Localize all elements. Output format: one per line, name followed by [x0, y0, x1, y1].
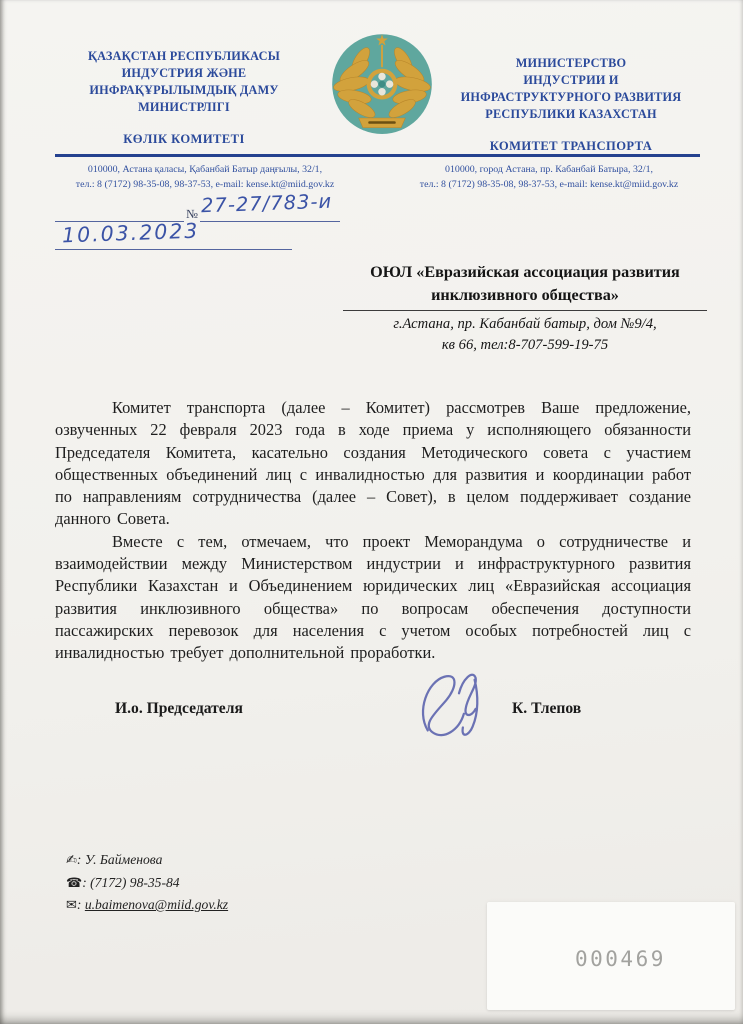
email-line: ✉: u.baimenova@miid.gov.kz [66, 894, 228, 917]
ministry-name-kk-line2: ИНДУСТРИЯ ЖӘНЕ [48, 65, 320, 82]
ministry-name-kk-line4: МИНИСТРЛІГІ [48, 99, 320, 116]
date-handwritten: 10.03.2023 [62, 219, 200, 248]
body-paragraph-1: Комитет транспорта (далее – Комитет) рас… [55, 397, 691, 531]
address-kk-line1: 010000, Астана қаласы, Қабанбай Батыр да… [38, 163, 372, 178]
executor-line: ✍: У. Байменова [66, 849, 228, 872]
committee-name-ru: КОМИТЕТ ТРАНСПОРТА [432, 138, 710, 155]
date-underline [55, 249, 292, 250]
letter-page: ҚАЗАҚСТАН РЕСПУБЛИКАСЫ ИНДУСТРИЯ ЖӘНЕ ИН… [0, 0, 743, 1024]
body-paragraph-2: Вместе с тем, отмечаем, что проект Мемор… [55, 531, 691, 665]
number-underline [200, 221, 340, 222]
envelope-icon: ✉ [66, 898, 77, 913]
executor-phone: : (7172) 98-35-84 [82, 875, 179, 890]
signer-position: И.о. Председателя [115, 700, 243, 718]
pen-icon: ✍ [66, 853, 77, 868]
signer-name: К. Тлепов [512, 700, 581, 718]
ministry-name-kk-line1: ҚАЗАҚСТАН РЕСПУБЛИКАСЫ [48, 48, 320, 65]
kazakhstan-emblem [329, 28, 435, 136]
outgoing-number-handwritten: 27-27/783-и [201, 190, 333, 218]
committee-name-kk: КӨЛІК КОМИТЕТІ [48, 131, 320, 148]
ministry-name-ru-line2: ИНДУСТРИИ И [432, 72, 710, 89]
recipient-address-line1: г.Астана, пр. Кабанбай батыр, дом №9/4, [343, 314, 707, 335]
phone-line: ☎: (7172) 98-35-84 [66, 872, 228, 895]
recipient-name: ОЮЛ «Евразийская ассоциация развития инк… [343, 261, 707, 311]
address-russian: 010000, город Астана, пр. Кабанбай Батыр… [388, 163, 710, 193]
phone-icon: ☎ [66, 876, 82, 891]
address-kazakh: 010000, Астана қаласы, Қабанбай Батыр да… [38, 163, 372, 193]
ministry-name-ru-line3: ИНФРАСТРУКТУРНОГО РАЗВИТИЯ [432, 89, 710, 106]
letterhead-divider-rule [55, 154, 700, 157]
email-separator: : [77, 897, 85, 912]
recipient-block: ОЮЛ «Евразийская ассоциация развития инк… [343, 261, 707, 356]
recipient-address: г.Астана, пр. Кабанбай батыр, дом №9/4, … [343, 314, 707, 355]
address-ru-line1: 010000, город Астана, пр. Кабанбай Батыр… [388, 163, 710, 178]
registration-number: 000469 [575, 947, 666, 971]
ministry-name-kk-line3: ИНФРАҚҰРЫЛЫМДЫҚ ДАМУ [48, 82, 320, 99]
letterhead-kazakh: ҚАЗАҚСТАН РЕСПУБЛИКАСЫ ИНДУСТРИЯ ЖӘНЕ ИН… [48, 48, 320, 148]
letterhead-russian: МИНИСТЕРСТВО ИНДУСТРИИ И ИНФРАСТРУКТУРНО… [432, 55, 710, 155]
executor-name: : У. Байменова [77, 852, 162, 867]
address-ru-line2: тел.: 8 (7172) 98-35-08, 98-37-53, e-mai… [388, 178, 710, 193]
ministry-name-ru-line1: МИНИСТЕРСТВО [432, 55, 710, 72]
handwritten-signature [414, 666, 502, 748]
letter-body: Комитет транспорта (далее – Комитет) рас… [55, 397, 691, 665]
registration-sticker: 000469 [487, 902, 735, 1010]
executor-contacts: ✍: У. Байменова ☎: (7172) 98-35-84 ✉: u.… [66, 849, 228, 917]
recipient-address-line2: кв 66, тел:8-707-599-19-75 [343, 335, 707, 356]
executor-email: u.baimenova@miid.gov.kz [85, 897, 228, 912]
ministry-name-ru-line4: РЕСПУБЛИКИ КАЗАХСТАН [432, 106, 710, 123]
